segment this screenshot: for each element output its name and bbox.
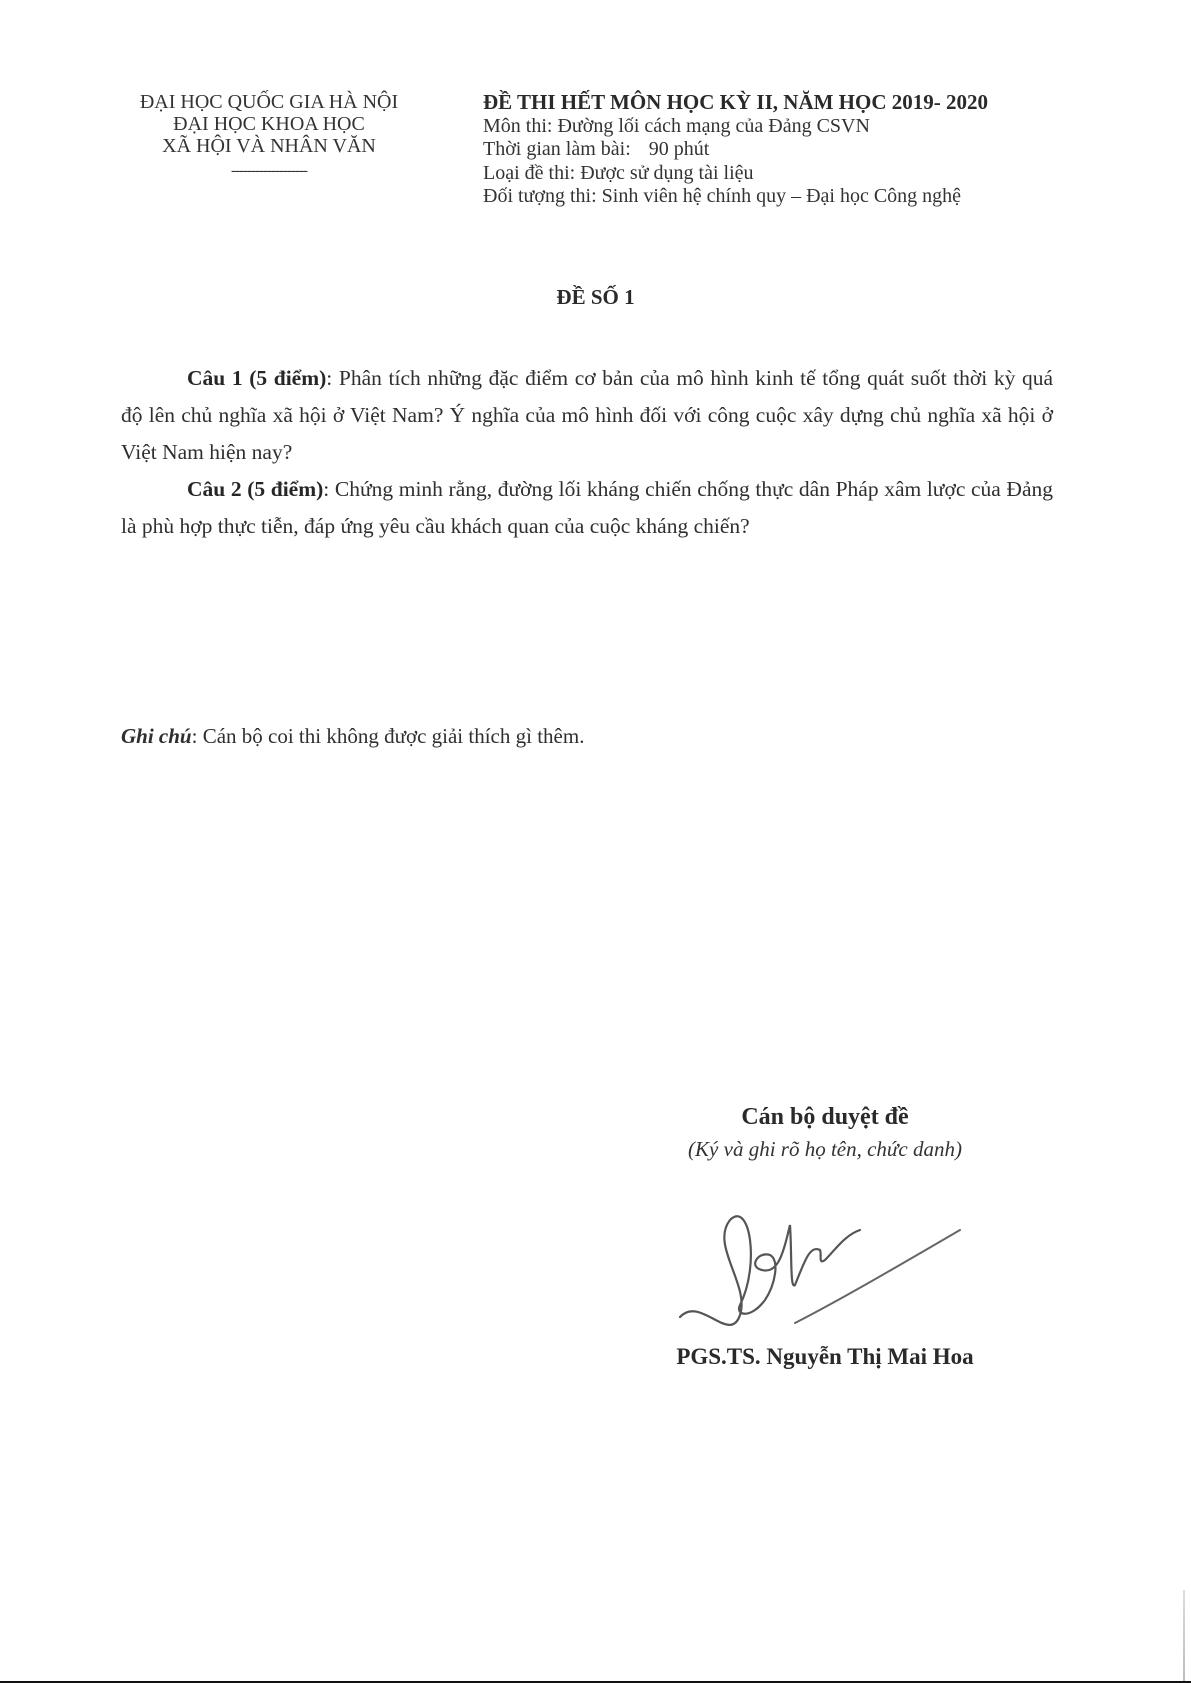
question-2: Câu 2 (5 điểm): Chứng minh rằng, đường l… xyxy=(121,471,1053,545)
signature-instruction: (Ký và ghi rõ họ tên, chức danh) xyxy=(620,1137,1030,1162)
exam-subject: Môn thi: Đường lối cách mạng của Đảng CS… xyxy=(483,115,1083,139)
note-text: : Cán bộ coi thi không được giải thích g… xyxy=(192,724,585,748)
exam-title: ĐỀ THI HẾT MÔN HỌC KỲ II, NĂM HỌC 2019- … xyxy=(483,91,1083,115)
questions: Câu 1 (5 điểm): Phân tích những đặc điểm… xyxy=(121,360,1053,545)
institution-header: ĐẠI HỌC QUỐC GIA HÀ NỘI ĐẠI HỌC KHOA HỌC… xyxy=(112,91,426,179)
exam-number: ĐỀ SỐ 1 xyxy=(0,285,1191,310)
institution-line-3: XÃ HỘI VÀ NHÂN VĂN xyxy=(112,135,426,157)
exam-info-header: ĐỀ THI HẾT MÔN HỌC KỲ II, NĂM HỌC 2019- … xyxy=(483,91,1083,209)
exam-duration: Thời gian làm bài:90 phút xyxy=(483,138,1083,162)
signer-name: PGS.TS. Nguyễn Thị Mai Hoa xyxy=(620,1344,1030,1370)
exam-duration-label: Thời gian làm bài: xyxy=(483,138,631,160)
question-2-label: Câu 2 (5 điểm) xyxy=(187,477,323,501)
signature-icon xyxy=(670,1205,970,1340)
note-label: Ghi chú xyxy=(121,724,192,748)
institution-line-2: ĐẠI HỌC KHOA HỌC xyxy=(112,113,426,135)
question-1-label: Câu 1 (5 điểm) xyxy=(187,366,326,390)
exam-type: Loại đề thi: Được sử dụng tài liệu xyxy=(483,162,1083,186)
note: Ghi chú: Cán bộ coi thi không được giải … xyxy=(121,724,584,749)
signature-title: Cán bộ duyệt đề xyxy=(620,1104,1030,1131)
institution-separator: ------------------- xyxy=(112,163,426,179)
exam-duration-value: 90 phút xyxy=(649,138,710,160)
question-1: Câu 1 (5 điểm): Phân tích những đặc điểm… xyxy=(121,360,1053,471)
scan-edge-right xyxy=(1183,1590,1185,1683)
exam-audience: Đối tượng thi: Sinh viên hệ chính quy – … xyxy=(483,185,1083,209)
institution-line-1: ĐẠI HỌC QUỐC GIA HÀ NỘI xyxy=(112,91,426,113)
